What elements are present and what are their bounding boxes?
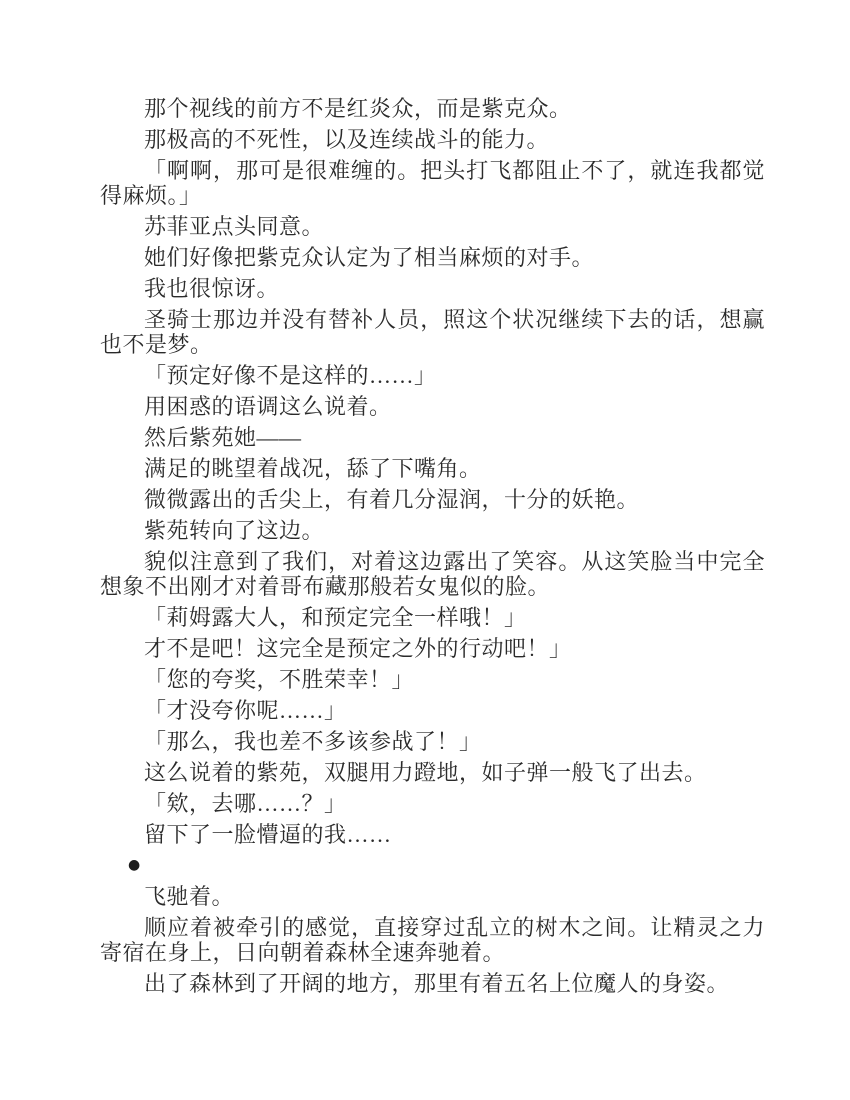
paragraph: 出了森林到了开阔的地方，那里有着五名上位魔人的身姿。 (100, 971, 765, 996)
paragraph: 紫苑转向了这边。 (100, 518, 765, 543)
section-break-bullet: ● (100, 853, 765, 878)
paragraph: 那极高的不死性，以及连续战斗的能力。 (100, 127, 765, 152)
paragraph: 然后紫苑她—— (100, 425, 765, 450)
paragraph: 苏菲亚点头同意。 (100, 214, 765, 239)
paragraph: 「才没夸你呢……」 (100, 698, 765, 723)
paragraph: 这么说着的紫苑，双腿用力蹬地，如子弹一般飞了出去。 (100, 760, 765, 785)
page-content: 那个视线的前方不是红炎众，而是紫克众。那极高的不死性，以及连续战斗的能力。「啊啊… (100, 96, 765, 1002)
paragraph: 满足的眺望着战况，舔了下嘴角。 (100, 456, 765, 481)
paragraph: 「啊啊，那可是很难缠的。把头打飞都阻止不了，就连我都觉得麻烦。」 (100, 158, 765, 208)
paragraph: 圣骑士那边并没有替补人员，照这个状况继续下去的话，想赢也不是梦。 (100, 307, 765, 357)
paragraph: 「那么，我也差不多该参战了！」 (100, 729, 765, 754)
paragraph: 用困惑的语调这么说着。 (100, 394, 765, 419)
paragraph: 飞驰着。 (100, 884, 765, 909)
paragraph: 貌似注意到了我们，对着这边露出了笑容。从这笑脸当中完全想象不出刚才对着哥布藏那般… (100, 549, 765, 599)
paragraph: 「您的夸奖，不胜荣幸！」 (100, 667, 765, 692)
paragraph: 顺应着被牵引的感觉，直接穿过乱立的树木之间。让精灵之力寄宿在身上，日向朝着森林全… (100, 915, 765, 965)
paragraph: 留下了一脸懵逼的我…… (100, 822, 765, 847)
paragraph: 那个视线的前方不是红炎众，而是紫克众。 (100, 96, 765, 121)
paragraph: 她们好像把紫克众认定为了相当麻烦的对手。 (100, 245, 765, 270)
paragraph: 「预定好像不是这样的……」 (100, 363, 765, 388)
paragraph: 我也很惊讶。 (100, 276, 765, 301)
paragraph: 「欸，去哪……？」 (100, 791, 765, 816)
paragraph: 微微露出的舌尖上，有着几分湿润，十分的妖艳。 (100, 487, 765, 512)
novel-page: 那个视线的前方不是红炎众，而是紫克众。那极高的不死性，以及连续战斗的能力。「啊啊… (0, 0, 850, 1100)
paragraph: 才不是吧！这完全是预定之外的行动吧！」 (100, 636, 765, 661)
paragraph: 「莉姆露大人，和预定完全一样哦！」 (100, 605, 765, 630)
